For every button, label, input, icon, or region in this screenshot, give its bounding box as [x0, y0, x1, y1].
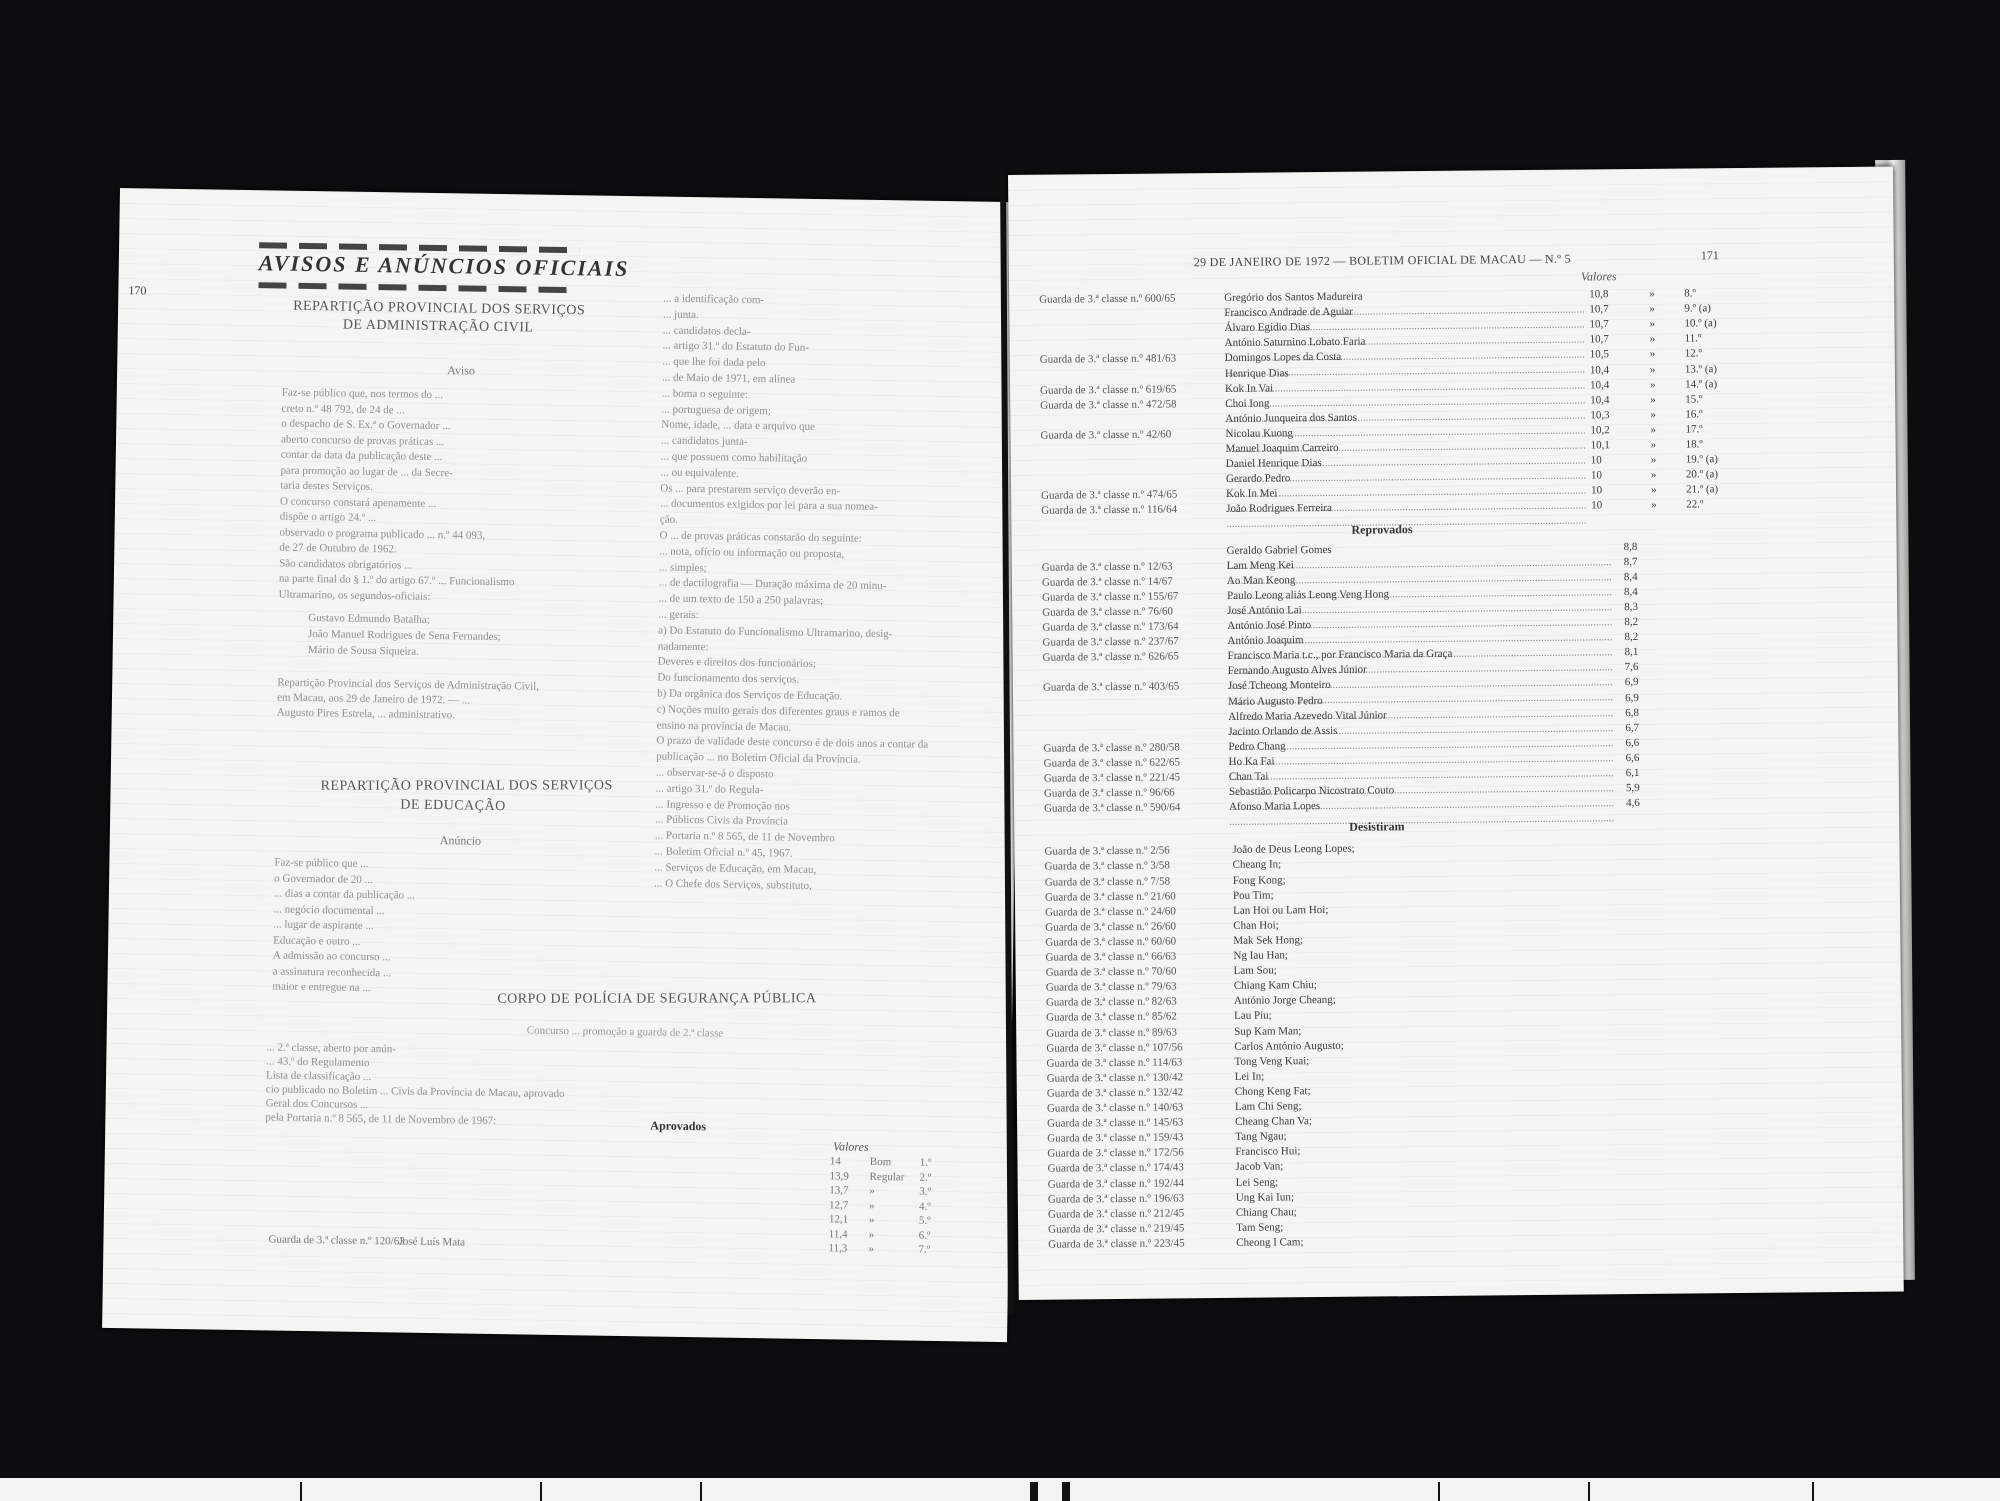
- page-number: 170: [128, 283, 146, 298]
- dept-title: CORPO DE POLÍCIA DE SEGURANÇA PÚBLICA: [497, 991, 816, 1008]
- guard-number: Guarda de 3.ª classe n.º 172/56: [1047, 1145, 1232, 1162]
- film-mark: [540, 1482, 542, 1501]
- quality-mark: »: [1650, 423, 1670, 438]
- score: 8,4: [1624, 585, 1664, 600]
- text-line: creto n.º 48 792, de 24 de ...: [281, 401, 404, 418]
- rank: 19.º (a): [1686, 452, 1746, 468]
- text-line: Os ... para prestarem serviço deverão en…: [660, 481, 840, 499]
- quality-mark: »: [1650, 332, 1670, 347]
- rank: 6.º: [919, 1229, 931, 1241]
- guard-number: [1042, 543, 1222, 545]
- score: 10,4: [1590, 363, 1630, 378]
- guard-number: Guarda de 3.ª classe n.º 132/42: [1047, 1085, 1232, 1102]
- score: 11,3: [828, 1242, 847, 1254]
- text-line: Nome, idade, ... data e arquivo que: [661, 418, 815, 435]
- left-column-closing: Repartição Provincial dos Serviços de Ad…: [120, 188, 1025, 202]
- guard-number: Guarda de 3.ª classe n.º 600/65: [1039, 291, 1219, 308]
- score: 10,4: [1590, 393, 1630, 408]
- text-line: ... candidatos junta-: [661, 434, 748, 450]
- qualification: »: [869, 1214, 875, 1226]
- quality-mark: »: [1651, 468, 1671, 483]
- guard-number: Guarda de 3.ª classe n.º 70/60: [1046, 964, 1231, 981]
- guard-number: Guarda de 3.ª classe n.º 403/65: [1043, 679, 1223, 696]
- guard-number: Guarda de 3.ª classe n.º 223/45: [1048, 1236, 1233, 1253]
- rank: 13.º (a): [1685, 361, 1745, 377]
- score: 13,7: [829, 1184, 848, 1196]
- quality-mark: »: [1650, 392, 1670, 407]
- rank: 11.º: [1685, 331, 1745, 347]
- guard-number: Guarda de 3.ª classe n.º 619/65: [1040, 382, 1220, 399]
- text-line: ... boma o seguinte:: [662, 386, 748, 402]
- score: 6,8: [1625, 705, 1665, 720]
- score: 10,4: [1590, 378, 1630, 393]
- guard-number: Guarda de 3.ª classe n.º 159/43: [1047, 1130, 1232, 1147]
- guard-number: Guarda de 3.ª classe n.º 219/45: [1048, 1221, 1233, 1238]
- quality-mark: »: [1651, 483, 1671, 498]
- score: 8,7: [1624, 554, 1664, 569]
- guard-number: Guarda de 3.ª classe n.º 24/60: [1045, 904, 1230, 921]
- guard-number: Guarda de 3.ª classe n.º 96/66: [1044, 785, 1224, 802]
- score: 10,2: [1590, 423, 1630, 438]
- rank: 22.º: [1686, 497, 1746, 513]
- rank: 10.º (a): [1684, 316, 1744, 332]
- table-row: 11,4»6.º: [269, 1219, 909, 1229]
- page-number: 171: [1701, 248, 1719, 263]
- text-line: Gustavo Edmundo Batalha;: [308, 611, 430, 628]
- guard-number: Guarda de 3.ª classe n.º 2/56: [1044, 843, 1229, 860]
- quality-mark: »: [1651, 438, 1671, 453]
- score: 14: [830, 1155, 841, 1167]
- guard-number: Guarda de 3.ª classe n.º 474/65: [1041, 487, 1221, 504]
- score: 6,7: [1625, 720, 1665, 735]
- right-column-text: ... a identificação com-... junta.... ca…: [120, 188, 1025, 202]
- guard-number: Guarda de 3.ª classe n.º 76/60: [1042, 604, 1222, 621]
- text-line: ... artigo 31.º do Estatuto do Fun-: [662, 339, 809, 356]
- quality-mark: »: [1650, 347, 1670, 362]
- guard-number: Guarda de 3.ª classe n.º 481/63: [1040, 351, 1220, 368]
- rank: 4.º: [919, 1200, 931, 1212]
- guard-number: Guarda de 3.ª classe n.º 14/67: [1042, 574, 1222, 591]
- text-line: João Manuel Rodrigues de Sena Fernandes;: [308, 627, 501, 645]
- table-row: 12,1»5.º: [269, 1204, 909, 1214]
- score: 12,7: [829, 1199, 848, 1211]
- guard-number: Guarda de 3.ª classe n.º 66/63: [1045, 949, 1230, 966]
- text-line: São candidatos obrigatórios ...: [279, 556, 412, 573]
- text-line: ... simples;: [659, 560, 707, 576]
- guard-number: Guarda de 3.ª classe n.º 174/43: [1047, 1160, 1232, 1177]
- rank: 1.º: [920, 1157, 932, 1169]
- text-line: de 27 de Outubro de 1962.: [279, 541, 397, 558]
- guard-number: Guarda de 3.ª classe n.º 60/60: [1045, 934, 1230, 951]
- score: 10,8: [1589, 287, 1629, 302]
- guard-number: Guarda de 3.ª classe n.º 114/63: [1046, 1055, 1231, 1072]
- rank: 18.º: [1686, 437, 1746, 453]
- dept-title: DE ADMINISTRAÇÃO CIVIL: [343, 318, 534, 337]
- table-row: 13,7»3.º: [270, 1175, 910, 1185]
- score: 10: [1591, 483, 1631, 498]
- guard-number: Guarda de 3.ª classe n.º 130/42: [1047, 1070, 1232, 1087]
- qualification: »: [869, 1185, 875, 1197]
- score: 7,6: [1625, 660, 1665, 675]
- withdrawn-list: Guarda de 3.ª classe n.º 2/56João de Deu…: [1008, 167, 1893, 175]
- film-mark: [1030, 1482, 1038, 1501]
- candidate-name: José Luís Mata: [398, 1236, 465, 1249]
- quality-mark: »: [1649, 287, 1669, 302]
- qualification: »: [868, 1243, 874, 1255]
- score: 8,2: [1624, 630, 1664, 645]
- section-title: Reprovados: [1351, 522, 1412, 538]
- score: 5,9: [1626, 781, 1666, 796]
- table-row: 12,7»4.º: [269, 1190, 909, 1200]
- guard-number: Guarda de 3.ª classe n.º 280/58: [1043, 740, 1223, 757]
- score: 10,7: [1589, 302, 1629, 317]
- guard-number: Guarda de 3.ª classe n.º 120/63: [268, 1233, 404, 1247]
- guard-number: Guarda de 3.ª classe n.º 173/64: [1042, 619, 1222, 636]
- film-mark: [1812, 1482, 1814, 1501]
- film-mark: [300, 1482, 302, 1501]
- section-title: Aprovados: [650, 1118, 706, 1134]
- rank: 21.º (a): [1686, 482, 1746, 498]
- quality-mark: »: [1651, 453, 1671, 468]
- quality-mark: »: [1649, 317, 1669, 332]
- text-line: Educação e outro ...: [273, 933, 361, 949]
- film-mark: [700, 1482, 702, 1501]
- rank: 12.º: [1685, 346, 1745, 362]
- text-line: ... junta.: [663, 307, 699, 323]
- guard-number: Guarda de 3.ª classe n.º 155/67: [1042, 589, 1222, 606]
- candidate-name: Afonso Maria Lopes: [1229, 796, 1619, 830]
- text-line: ... gerais:: [658, 608, 699, 624]
- score: 8,2: [1624, 615, 1664, 630]
- text-line: ... Boletim Oficial n.º 45, 1967.: [655, 844, 793, 861]
- text-line: a assinatura reconhecida ...: [273, 964, 392, 981]
- rank: 2.º: [919, 1171, 931, 1183]
- text-line: ... Ingresso e de Promoção nos: [655, 797, 790, 814]
- rank: 3.º: [919, 1186, 931, 1198]
- text-line: ... Portaria n.º 8 565, de 11 de Novembr…: [655, 829, 835, 847]
- score: 6,1: [1626, 766, 1666, 781]
- valores-label: Valores: [833, 1139, 869, 1155]
- text-line: ção.: [660, 513, 678, 528]
- approved-list-continued: Guarda de 3.ª classe n.º 600/65Gregório …: [1008, 167, 1893, 175]
- text-line: O concurso constará apenamente ...: [280, 494, 436, 511]
- section-title: Anúncio: [440, 833, 482, 849]
- qualification: Bom: [870, 1156, 892, 1168]
- score: 8,4: [1624, 569, 1664, 584]
- film-mark: [1438, 1482, 1440, 1501]
- quality-mark: »: [1651, 498, 1671, 513]
- masthead: AVISOS E ANÚNCIOS OFICIAIS: [259, 250, 630, 282]
- text-line: ... O Chefe dos Serviços, substituto,: [654, 876, 812, 893]
- text-line: Faz-se público que ...: [274, 856, 368, 872]
- score: 13,9: [829, 1170, 848, 1182]
- table-row: 13,9Regular2.º: [270, 1161, 910, 1171]
- masthead-rule: [258, 282, 578, 293]
- guard-number: Guarda de 3.ª classe n.º 472/58: [1040, 397, 1220, 414]
- score: 6,9: [1625, 690, 1665, 705]
- approved-list: 14Bom1.º13,9Regular2.º13,7»3.º12,7»4.º12…: [120, 188, 1025, 202]
- text-line: ... de um texto de 150 a 250 palavras;: [658, 592, 823, 610]
- qualification: Regular: [869, 1170, 904, 1183]
- section-title: Aviso: [447, 363, 475, 378]
- text-line: ... observar-se-á o disposto: [656, 765, 774, 782]
- guard-number: Guarda de 3.ª classe n.º 212/45: [1048, 1206, 1233, 1223]
- text-line: nadamente:: [658, 639, 709, 655]
- text-line: ... portuguesa de origem;: [661, 402, 771, 419]
- text-line: ... documentos exigidos por lei para a s…: [660, 497, 878, 515]
- quality-mark: »: [1649, 302, 1669, 317]
- rank: 14.º (a): [1685, 377, 1745, 393]
- guard-number: Guarda de 3.ª classe n.º 221/45: [1044, 770, 1224, 787]
- guard-number: Guarda de 3.ª classe n.º 590/64: [1044, 800, 1224, 817]
- score: 10,5: [1590, 347, 1630, 362]
- text-line: ... ou equivalente.: [660, 465, 738, 481]
- score: 10: [1591, 453, 1631, 468]
- text-line: ... artigo 31.º do Regula-: [656, 781, 764, 798]
- guard-number: Guarda de 3.ª classe n.º 196/63: [1048, 1190, 1233, 1207]
- table-row: Guarda de 3.ª classe n.º 120/63José Luís…: [269, 1233, 909, 1243]
- score: 8,3: [1624, 600, 1664, 615]
- score: 10,3: [1590, 408, 1630, 423]
- guard-number: Guarda de 3.ª classe n.º 116/64: [1041, 502, 1221, 519]
- score: 10,7: [1589, 317, 1629, 332]
- text-line: maior e entregue na ...: [272, 979, 370, 996]
- rank: 7.º: [918, 1244, 930, 1256]
- guard-number: Guarda de 3.ª classe n.º 107/56: [1046, 1039, 1231, 1056]
- rank: 17.º: [1685, 422, 1745, 438]
- score: 10: [1591, 468, 1631, 483]
- score: 10,7: [1590, 332, 1630, 347]
- guard-number: Guarda de 3.ª classe n.º 140/63: [1047, 1100, 1232, 1117]
- score: 8,8: [1624, 539, 1664, 554]
- guard-number: Guarda de 3.ª classe n.º 192/44: [1048, 1175, 1233, 1192]
- guard-number: Guarda de 3.ª classe n.º 626/65: [1043, 649, 1223, 666]
- text-line: o Governador de 20 ...: [274, 871, 373, 888]
- text-line: Deveres e direitos dos funcionários;: [657, 655, 815, 672]
- candidate-name: Cheong I Cam;: [1236, 1233, 1536, 1251]
- police-intro-text: ... 2.ª classe, aberto por anún-... 43.º…: [120, 188, 1025, 202]
- text-line: Ultramarino, os segundos-oficiais:: [279, 587, 431, 604]
- quality-mark: »: [1650, 362, 1670, 377]
- guard-number: Guarda de 3.ª classe n.º 89/63: [1046, 1024, 1231, 1041]
- score: 6,6: [1626, 751, 1666, 766]
- guard-number: Guarda de 3.ª classe n.º 145/63: [1047, 1115, 1232, 1132]
- qualification: »: [869, 1199, 875, 1211]
- text-line: Augusto Pires Estrela, ... administrativ…: [277, 706, 455, 724]
- dept-title: REPARTIÇÃO PROVINCIAL DOS SERVIÇOS: [321, 778, 613, 795]
- guard-number: Guarda de 3.ª classe n.º 237/67: [1042, 634, 1222, 651]
- rank: 15.º: [1685, 392, 1745, 408]
- text-line: ... a identificação com-: [663, 292, 764, 309]
- rank: 16.º: [1685, 407, 1745, 423]
- candidate-list: Gustavo Edmundo Batalha;João Manuel Rodr…: [120, 188, 1025, 202]
- text-line: ... Serviços de Educação, em Macau,: [654, 860, 816, 878]
- text-line: b) Da orgânica dos Serviços de Educação.: [657, 687, 842, 705]
- score: 12,1: [829, 1213, 848, 1225]
- dept-title: DE EDUCAÇÃO: [400, 797, 506, 815]
- quality-mark: »: [1650, 407, 1670, 422]
- guard-number: Guarda de 3.ª classe n.º 622/65: [1044, 755, 1224, 772]
- quality-mark: »: [1650, 377, 1670, 392]
- rank: 9.º (a): [1684, 301, 1744, 317]
- text-line: dispõe o artigo 24.º ...: [280, 510, 377, 527]
- left-column-text: Faz-se público que, nos termos do ...cre…: [120, 188, 1025, 202]
- qualification: »: [869, 1228, 875, 1240]
- score: 6,9: [1625, 675, 1665, 690]
- text-line: ... lugar de aspirante ...: [273, 918, 373, 935]
- rank: 8.º: [1684, 286, 1744, 302]
- guard-number: Guarda de 3.ª classe n.º 82/63: [1046, 994, 1231, 1011]
- section-subtitle: Concurso ... promoção a guarda de 2.ª cl…: [527, 1024, 724, 1039]
- section-title: Desistiram: [1349, 820, 1404, 836]
- left-column-text-b: Faz-se público que ...o Governador de 20…: [120, 188, 1025, 202]
- text-line: ... que lhe foi dada pelo: [662, 355, 765, 372]
- failed-list: Geraldo Gabriel Gomes8,8Guarda de 3.ª cl…: [1008, 167, 1893, 175]
- text-line: ... candidatos decla-: [663, 323, 751, 339]
- guard-number: Guarda de 3.ª classe n.º 3/58: [1045, 858, 1230, 875]
- film-mark: [1062, 1482, 1070, 1501]
- text-line: ensino na província de Macau.: [657, 718, 792, 735]
- rank: 20.º (a): [1686, 467, 1746, 483]
- page-header: 29 DE JANEIRO DE 1972 — BOLETIM OFICIAL …: [1194, 252, 1571, 271]
- text-line: pela Portaria n.º 8 565, de 11 de Novemb…: [265, 1110, 496, 1129]
- guard-number: Guarda de 3.ª classe n.º 26/60: [1045, 919, 1230, 936]
- text-line: ... de Maio de 1971, em alínea: [662, 371, 795, 388]
- score: 8,1: [1625, 645, 1665, 660]
- text-line: ... Públicos Civis da Província: [655, 813, 788, 830]
- score: 10: [1591, 498, 1631, 513]
- text-line: ... nota, ofício ou informação ou propos…: [659, 544, 844, 562]
- film-mark: [1588, 1482, 1590, 1501]
- score: 11,4: [829, 1228, 848, 1240]
- text-line: Do funcionamento dos serviços.: [657, 671, 799, 688]
- guard-number: Guarda de 3.ª classe n.º 21/60: [1045, 888, 1230, 905]
- score: 6,6: [1625, 736, 1665, 751]
- valores-label: Valores: [1581, 269, 1617, 284]
- table-row: 14Bom1.º: [270, 1146, 910, 1156]
- text-line: A admissão ao concurso ...: [273, 948, 391, 965]
- text-line: Mário de Sousa Siqueira.: [308, 643, 419, 660]
- left-page: 170 AVISOS E ANÚNCIOS OFICIAIS REPARTIÇÃ…: [102, 188, 1025, 1342]
- text-line: taria destes Serviços.: [280, 479, 373, 495]
- guard-number: Guarda de 3.ª classe n.º 42/60: [1040, 427, 1220, 444]
- text-line: ... que possuem como habilitação: [661, 450, 808, 467]
- guard-number: Guarda de 3.ª classe n.º 85/62: [1046, 1009, 1231, 1026]
- right-page: 29 DE JANEIRO DE 1972 — BOLETIM OFICIAL …: [1008, 167, 1904, 1300]
- guard-number: Guarda de 3.ª classe n.º 79/63: [1046, 979, 1231, 996]
- text-line: ... dias a contar da publicação ...: [274, 887, 415, 904]
- guard-number: Guarda de 3.ª classe n.º 7/58: [1045, 873, 1230, 890]
- score: 10,1: [1591, 438, 1631, 453]
- dept-title: REPARTIÇÃO PROVINCIAL DOS SERVIÇOS: [293, 299, 585, 320]
- guard-number: Guarda de 3.ª classe n.º 12/63: [1042, 559, 1222, 576]
- rank: 5.º: [919, 1215, 931, 1227]
- score: 4,6: [1626, 796, 1666, 811]
- text-line: ... negócio documental ...: [274, 902, 385, 919]
